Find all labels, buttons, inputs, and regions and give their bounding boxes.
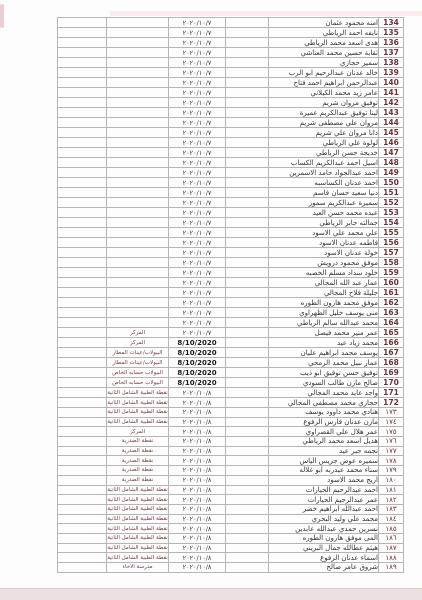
cell-empty-left <box>58 148 107 158</box>
cell-name: احمد عبدالرحيم الحيارات <box>269 485 379 495</box>
cell-name: محمد علي وليد البحري <box>269 514 379 524</box>
cell-empty-left <box>58 88 107 98</box>
cell-empty-mid <box>226 268 269 278</box>
cell-name: عمر هلال علي القصراوي <box>269 427 379 437</box>
cell-date: ٢٠٢٠/١٠/٨ <box>169 543 226 553</box>
cell-empty-left <box>58 388 107 398</box>
cell-note: نقطة الطبية الشامل الثانية <box>107 533 169 543</box>
cell-empty-mid <box>226 118 269 128</box>
cell-note <box>107 28 169 38</box>
cell-name: صالح مازن طالب السودي <box>269 378 379 388</box>
cell-empty-left <box>58 398 107 408</box>
cell-date: ٢٠٢٠/١٠/٧ <box>169 308 226 318</box>
cell-name: موفق محمود درويش <box>269 258 379 268</box>
cell-name: توفيق حسن توفيق ابو ذيب <box>269 368 379 378</box>
cell-row-number: 140 <box>379 78 404 88</box>
cell-note <box>107 98 169 108</box>
cell-row-number: 168 <box>379 358 404 368</box>
table-row: البيولاب/عينات المطار 8/10/2020 عمار نبي… <box>58 358 404 368</box>
cell-row-number: ١٧٨ <box>379 456 404 466</box>
cell-date: ٢٠٢٠/١٠/٨ <box>169 485 226 495</box>
cell-empty-left <box>58 368 107 378</box>
cell-empty-mid <box>226 18 269 28</box>
cell-date: ٢٠٢٠/١٠/٨ <box>169 446 226 456</box>
cell-date: 8/10/2020 <box>169 378 226 388</box>
cell-empty-left <box>58 278 107 288</box>
cell-note <box>107 268 169 278</box>
cell-row-number: ١٨٥ <box>379 524 404 534</box>
cell-date: ٢٠٢٠/١٠/٧ <box>169 188 226 198</box>
table-row: ٢٠٢٠/١٠/٧ دنيا سعيد حسان قاسم 151 <box>58 188 404 198</box>
cell-empty-left <box>58 475 107 485</box>
cell-row-number: 149 <box>379 168 404 178</box>
cell-date: ٢٠٢٠/١٠/٧ <box>169 168 226 178</box>
cell-note: نقطة الصدرية <box>107 437 169 447</box>
cell-empty-left <box>58 437 107 447</box>
cell-row-number: 155 <box>379 228 404 238</box>
cell-date: ٢٠٢٠/١٠/٧ <box>169 318 226 328</box>
cell-name: اسيل احمد عبدالكريم الكساب <box>269 158 379 168</box>
cell-empty-left <box>58 533 107 543</box>
cell-date: ٢٠٢٠/١٠/٧ <box>169 148 226 158</box>
cell-empty-mid <box>226 248 269 258</box>
cell-empty-mid <box>226 437 269 447</box>
cell-name: واجد عايد محمد المجالي <box>269 388 379 398</box>
cell-empty-mid <box>226 48 269 58</box>
cell-empty-left <box>58 485 107 495</box>
cell-row-number: ١٨٠ <box>379 475 404 485</box>
cell-note <box>107 38 169 48</box>
cell-name: سمير حجازي <box>269 58 379 68</box>
table-row: ٢٠٢٠/١٠/٧ موفق محمد هارون الطوره 162 <box>58 298 404 308</box>
cell-empty-left <box>58 495 107 505</box>
cell-name: خالد عدنان عبدالرحيم ابو الرب <box>269 68 379 78</box>
table-row: البيولاب حسابه الخاص 8/10/2020 توفيق حسن… <box>58 368 404 378</box>
cell-empty-mid <box>226 308 269 318</box>
cell-empty-left <box>58 218 107 228</box>
cell-row-number: 135 <box>379 28 404 38</box>
cell-empty-left <box>58 514 107 524</box>
cell-empty-mid <box>226 485 269 495</box>
cell-row-number: 153 <box>379 208 404 218</box>
cell-date: ٢٠٢٠/١٠/٧ <box>169 38 226 48</box>
table-row: نقطة الصدرية ٢٠٢٠/١٠/٨ سميره عوض جريس ال… <box>58 456 404 466</box>
cell-date: ٢٠٢٠/١٠/٧ <box>169 158 226 168</box>
cell-empty-mid <box>226 456 269 466</box>
cell-note <box>107 68 169 78</box>
cell-name: محمد عبدالله سالم الرياطي <box>269 318 379 328</box>
table-row: ٢٠٢٠/١٠/٧ توفيق مروان شريم 142 <box>58 98 404 108</box>
cell-date: ٢٠٢٠/١٠/٧ <box>169 118 226 128</box>
cell-row-number: ١٨٧ <box>379 543 404 553</box>
cell-row-number: 163 <box>379 308 404 318</box>
cell-empty-left <box>58 466 107 476</box>
cell-date: ٢٠٢٠/١٠/٧ <box>169 108 226 118</box>
cell-empty-mid <box>226 228 269 238</box>
cell-row-number: ١٧٧ <box>379 446 404 456</box>
cell-name: عمر عبدالرحيم الحيارات <box>269 495 379 505</box>
table-row: ٢٠٢٠/١٠/٧ منى يوسف خليل الظهراوي 163 <box>58 308 404 318</box>
table-row: ٢٠٢٠/١٠/٧ اسيل احمد عبدالكريم الكساب 148 <box>58 158 404 168</box>
cell-row-number: 170 <box>379 378 404 388</box>
cell-row-number: 137 <box>379 48 404 58</box>
cell-date: ٢٠٢٠/١٠/٧ <box>169 328 226 338</box>
cell-empty-left <box>58 168 107 178</box>
cell-note: نقطة الصدرية <box>107 446 169 456</box>
cell-name: عامر زيد محمد الكيلاني <box>269 88 379 98</box>
cell-date: 8/10/2020 <box>169 358 226 368</box>
cell-note <box>107 168 169 178</box>
cell-name: لينا توفيق عبدالكريم عميرة <box>269 108 379 118</box>
cell-empty-mid <box>226 408 269 418</box>
cell-name: امنه محمود عثمان <box>269 18 379 28</box>
cell-name: عبده محمد حسن العيد <box>269 208 379 218</box>
cell-empty-left <box>58 248 107 258</box>
cell-empty-left <box>58 38 107 48</box>
cell-name: محمد زياد عيد <box>269 338 379 348</box>
cell-empty-mid <box>226 378 269 388</box>
scan-pink-artifact-top <box>110 11 422 16</box>
cell-empty-left <box>58 288 107 298</box>
cell-empty-left <box>58 563 107 573</box>
cell-empty-left <box>58 178 107 188</box>
cell-note <box>107 78 169 88</box>
table-row: ٢٠٢٠/١٠/٧ عمار عبد الله المجالي 160 <box>58 278 404 288</box>
cell-date: 8/10/2020 <box>169 368 226 378</box>
cell-name: دنيا سعيد حسان قاسم <box>269 188 379 198</box>
cell-empty-left <box>58 553 107 563</box>
cell-empty-mid <box>226 288 269 298</box>
cell-row-number: 157 <box>379 248 404 258</box>
names-list-table: ٢٠٢٠/١٠/٧ امنه محمود عثمان 134 ٢٠٢٠/١٠/٧… <box>57 17 404 573</box>
cell-empty-left <box>58 524 107 534</box>
table-row: المركز ٢٠٢٠/١٠/٧ عمر منير محمد فيصل 165 <box>58 328 404 338</box>
cell-empty-left <box>58 68 107 78</box>
cell-note: نقطة الطبية الشامل الثانية <box>107 543 169 553</box>
cell-empty-left <box>58 158 107 168</box>
cell-row-number: ١٨٢ <box>379 495 404 505</box>
table-row: ٢٠٢٠/١٠/٧ عامر زيد محمد الكيلاني 141 <box>58 88 404 98</box>
cell-row-number: 172 <box>379 398 404 408</box>
cell-empty-mid <box>226 148 269 158</box>
cell-date: ٢٠٢٠/١٠/٧ <box>169 288 226 298</box>
cell-row-number: 151 <box>379 188 404 198</box>
cell-empty-mid <box>226 553 269 563</box>
cell-empty-left <box>58 128 107 138</box>
cell-note <box>107 318 169 328</box>
cell-note: البيولاب/عينات المطار <box>107 348 169 358</box>
cell-empty-mid <box>226 98 269 108</box>
cell-note <box>107 248 169 258</box>
table-row: مدرسة الاخاء ٢٠٢٠/١٠/٨ شروق عامر صالح ١٨… <box>58 563 404 573</box>
cell-empty-mid <box>226 128 269 138</box>
cell-date: ٢٠٢٠/١٠/٧ <box>169 178 226 188</box>
cell-note: المركز <box>107 328 169 338</box>
cell-date: ٢٠٢٠/١٠/٧ <box>169 228 226 238</box>
table-row: نقطة الطبية الشامل الثانية ٢٠٢٠/١٠/٨ واج… <box>58 388 404 398</box>
cell-empty-mid <box>226 504 269 514</box>
cell-empty-mid <box>226 388 269 398</box>
cell-empty-mid <box>226 533 269 543</box>
cell-name: جليلة فلاح المجالي <box>269 288 379 298</box>
cell-empty-left <box>58 228 107 238</box>
cell-row-number: 154 <box>379 218 404 228</box>
cell-row-number: ١٧٥ <box>379 427 404 437</box>
cell-date: ٢٠٢٠/١٠/٧ <box>169 198 226 208</box>
table-row: ٢٠٢٠/١٠/٧ سمير حجازي 138 <box>58 58 404 68</box>
table-row: ٢٠٢٠/١٠/٧ لولوة علي الرياطي 146 <box>58 138 404 148</box>
cell-note <box>107 128 169 138</box>
cell-row-number: 169 <box>379 368 404 378</box>
table-row: ٢٠٢٠/١٠/٧ خديجة حسن الرياطي 147 <box>58 148 404 158</box>
cell-row-number: 161 <box>379 288 404 298</box>
cell-date: ٢٠٢٠/١٠/٧ <box>169 208 226 218</box>
cell-name: ثقابة حسين محمد العتاشي <box>269 48 379 58</box>
cell-date: ٢٠٢٠/١٠/٨ <box>169 417 226 427</box>
cell-note <box>107 58 169 68</box>
table-row: ٢٠٢٠/١٠/٧ عبده محمد حسن العيد 153 <box>58 208 404 218</box>
cell-empty-left <box>58 456 107 466</box>
cell-empty-left <box>58 427 107 437</box>
cell-empty-mid <box>226 198 269 208</box>
cell-empty-mid <box>226 108 269 118</box>
cell-empty-left <box>58 138 107 148</box>
table-row: ٢٠٢٠/١٠/٧ خالد عدنان عبدالرحيم ابو الرب … <box>58 68 404 78</box>
cell-date: ٢٠٢٠/١٠/٧ <box>169 258 226 268</box>
cell-row-number: 159 <box>379 268 404 278</box>
cell-row-number: 158 <box>379 258 404 268</box>
cell-date: ٢٠٢٠/١٠/٨ <box>169 466 226 476</box>
bottom-edge-band <box>0 588 422 600</box>
cell-row-number: 147 <box>379 148 404 158</box>
cell-note: نقطة الصدرية <box>107 456 169 466</box>
cell-name: علي محمد علي الاسود <box>269 228 379 238</box>
table-row: ٢٠٢٠/١٠/٧ موفق محمود درويش 158 <box>58 258 404 268</box>
cell-name: احمد عدنان الكساسبه <box>269 178 379 188</box>
cell-note: نقطة الطبية الشامل الثانية <box>107 408 169 418</box>
cell-note: نقطة الطبية الشامل الثانية <box>107 504 169 514</box>
cell-date: ٢٠٢٠/١٠/٨ <box>169 563 226 573</box>
cell-row-number: 165 <box>379 328 404 338</box>
cell-row-number: ١٨٩ <box>379 563 404 573</box>
cell-empty-mid <box>226 258 269 268</box>
cell-note <box>107 278 169 288</box>
cell-row-number: ١٧٩ <box>379 466 404 476</box>
cell-empty-mid <box>226 475 269 485</box>
cell-empty-left <box>58 318 107 328</box>
cell-date: ٢٠٢٠/١٠/٧ <box>169 298 226 308</box>
cell-row-number: 166 <box>379 338 404 348</box>
cell-empty-mid <box>226 543 269 553</box>
cell-date: ٢٠٢٠/١٠/٨ <box>169 475 226 485</box>
cell-row-number: 144 <box>379 118 404 128</box>
table-row: ٢٠٢٠/١٠/٧ خولة عدنان الاسود 157 <box>58 248 404 258</box>
cell-row-number: 152 <box>379 198 404 208</box>
cell-empty-left <box>58 118 107 128</box>
table-row: نقطة الطبية الشامل الثانية ٢٠٢٠/١٠/٨ ماز… <box>58 417 404 427</box>
cell-note: البيولاب/عينات المطار <box>107 358 169 368</box>
cell-note <box>107 198 169 208</box>
cell-date: ٢٠٢٠/١٠/٧ <box>169 268 226 278</box>
cell-row-number: 146 <box>379 138 404 148</box>
cell-date: ٢٠٢٠/١٠/٧ <box>169 248 226 258</box>
cell-empty-mid <box>226 427 269 437</box>
cell-note <box>107 258 169 268</box>
table-row: نقطة الصدرية ٢٠٢٠/١٠/٨ سناء محمد عبدربه … <box>58 466 404 476</box>
cell-date: ٢٠٢٠/١٠/٨ <box>169 533 226 543</box>
table-row: ٢٠٢٠/١٠/٧ خلود سداد مسلم الخصبه 159 <box>58 268 404 278</box>
cell-name: موفق محمد هارون الطوره <box>269 298 379 308</box>
cell-note: نقطة الطبية الشامل الثانية <box>107 398 169 408</box>
cell-empty-mid <box>226 178 269 188</box>
table-row: ٢٠٢٠/١٠/٧ فاطمه عدنان الاسود 156 <box>58 238 404 248</box>
table-row: ٢٠٢٠/١٠/٧ محمد عبدالله سالم الرياطي 164 <box>58 318 404 328</box>
table-row: ٢٠٢٠/١٠/٧ جليلة فلاح المجالي 161 <box>58 288 404 298</box>
cell-row-number: 136 <box>379 38 404 48</box>
cell-empty-left <box>58 338 107 348</box>
document-page: ٢٠٢٠/١٠/٧ امنه محمود عثمان 134 ٢٠٢٠/١٠/٧… <box>0 0 422 600</box>
table-row: نقطة الطبية الشامل الثانية ٢٠٢٠/١٠/٨ هيث… <box>58 543 404 553</box>
cell-empty-left <box>58 378 107 388</box>
cell-date: 8/10/2020 <box>169 348 226 358</box>
cell-empty-mid <box>226 368 269 378</box>
cell-empty-mid <box>226 563 269 573</box>
cell-empty-left <box>58 108 107 118</box>
cell-empty-left <box>58 408 107 418</box>
cell-empty-left <box>58 98 107 108</box>
cell-row-number: 160 <box>379 278 404 288</box>
cell-empty-left <box>58 328 107 338</box>
cell-date: ٢٠٢٠/١٠/٧ <box>169 88 226 98</box>
cell-name: اسماء عدنان الرفوع <box>269 553 379 563</box>
cell-empty-mid <box>226 318 269 328</box>
cell-name: اريج محمد الاسود <box>269 475 379 485</box>
cell-note: نقطة الطبية الشامل الثانية <box>107 485 169 495</box>
table-row: ٢٠٢٠/١٠/٧ احمد عبدالجواد حامد الاسمرين 1… <box>58 168 404 178</box>
cell-empty-mid <box>226 338 269 348</box>
cell-name: نايفه احمد الرياطي <box>269 28 379 38</box>
cell-note <box>107 308 169 318</box>
cell-name: عبدالرحمن ابراهيم احمد فتاح <box>269 78 379 88</box>
cell-empty-mid <box>226 68 269 78</box>
cell-empty-left <box>58 268 107 278</box>
cell-note <box>107 228 169 238</box>
cell-date: ٢٠٢٠/١٠/٧ <box>169 238 226 248</box>
cell-name: دانا مروان علي شريم <box>269 128 379 138</box>
table-row: البيولاب/عينات المطار 8/10/2020 يوسف محم… <box>58 348 404 358</box>
cell-name: المى موفق هارون الطوره <box>269 533 379 543</box>
cell-date: ٢٠٢٠/١٠/٧ <box>169 58 226 68</box>
cell-date: ٢٠٢٠/١٠/٨ <box>169 504 226 514</box>
cell-row-number: ١٨١ <box>379 485 404 495</box>
cell-name: هنادي محمد داوود يوسف <box>269 408 379 418</box>
cell-empty-left <box>58 18 107 28</box>
cell-row-number: 134 <box>379 18 404 28</box>
cell-name: احمد عبدالجواد حامد الاسمرين <box>269 168 379 178</box>
cell-name: منى يوسف خليل الظهراوي <box>269 308 379 318</box>
cell-empty-mid <box>226 208 269 218</box>
cell-empty-left <box>58 298 107 308</box>
cell-empty-left <box>58 258 107 268</box>
cell-empty-left <box>58 417 107 427</box>
cell-empty-mid <box>226 328 269 338</box>
cell-empty-mid <box>226 78 269 88</box>
cell-empty-left <box>58 198 107 208</box>
cell-note: المركز <box>107 338 169 348</box>
cell-date: ٢٠٢٠/١٠/٨ <box>169 495 226 505</box>
cell-name: سناء محمد عبدربه ابو غلاله <box>269 466 379 476</box>
cell-note: نقطة الطبية الشامل الثانية <box>107 388 169 398</box>
cell-note <box>107 158 169 168</box>
cell-date: ٢٠٢٠/١٠/٨ <box>169 553 226 563</box>
cell-empty-mid <box>226 58 269 68</box>
cell-name: لولوة علي الرياطي <box>269 138 379 148</box>
cell-empty-mid <box>226 138 269 148</box>
cell-empty-mid <box>226 28 269 38</box>
table-row: نقطة الطبية الشامل الثانية ٢٠٢٠/١٠/٨ نسر… <box>58 524 404 534</box>
cell-note: نقطة الطبية الشامل الثانية <box>107 417 169 427</box>
table-row: نقطة الطبية الشامل الثانية ٢٠٢٠/١٠/٨ اسم… <box>58 553 404 563</box>
cell-empty-left <box>58 504 107 514</box>
cell-empty-left <box>58 188 107 198</box>
table-row: ٢٠٢٠/١٠/٧ احمد عدنان الكساسبه 150 <box>58 178 404 188</box>
table-row: المركز ٢٠٢٠/١٠/٨ عمر هلال علي القصراوي ١… <box>58 427 404 437</box>
cell-name: شروق عامر صالح <box>269 563 379 573</box>
table-row: ٢٠٢٠/١٠/٧ لينا توفيق عبدالكريم عميرة 143 <box>58 108 404 118</box>
cell-note: البيولاب حسابه الخاص <box>107 368 169 378</box>
table-row: نقطة الطبية الشامل الثانية ٢٠٢٠/١٠/٨ هنا… <box>58 408 404 418</box>
cell-note: البيولاب حسابه الخاص <box>107 378 169 388</box>
cell-name: عمار نبيل محمد الرمحي <box>269 358 379 368</box>
cell-name: حجازي محمد مصطفى المجالي <box>269 398 379 408</box>
cell-date: ٢٠٢٠/١٠/٧ <box>169 138 226 148</box>
cell-row-number: ١٧٤ <box>379 417 404 427</box>
table-row: نقطة الصدرية ٢٠٢٠/١٠/٨ اريج محمد الاسود … <box>58 475 404 485</box>
cell-empty-left <box>58 208 107 218</box>
cell-name: جمالته جابر الرياطي <box>269 218 379 228</box>
table-row: نقطة الصدرية ٢٠٢٠/١٠/٨ نجمه جبر عيد ١٧٧ <box>58 446 404 456</box>
cell-row-number: ١٨٣ <box>379 504 404 514</box>
cell-row-number: ١٧٦ <box>379 437 404 447</box>
cell-row-number: 143 <box>379 108 404 118</box>
cell-name: مازن عدنان فارس الرفوع <box>269 417 379 427</box>
cell-date: ٢٠٢٠/١٠/٧ <box>169 18 226 28</box>
cell-empty-mid <box>226 417 269 427</box>
cell-name: عمر منير محمد فيصل <box>269 328 379 338</box>
cell-empty-left <box>58 308 107 318</box>
cell-row-number: 167 <box>379 348 404 358</box>
cell-empty-mid <box>226 88 269 98</box>
cell-date: ٢٠٢٠/١٠/٨ <box>169 398 226 408</box>
cell-row-number: 171 <box>379 388 404 398</box>
cell-date: ٢٠٢٠/١٠/٧ <box>169 98 226 108</box>
cell-note <box>107 18 169 28</box>
table-row: نقطة الطبية الشامل الثانية ٢٠٢٠/١٠/٨ احم… <box>58 485 404 495</box>
cell-empty-mid <box>226 278 269 288</box>
table-row: نقطة الطبية الشامل الثانية ٢٠٢٠/١٠/٨ محم… <box>58 514 404 524</box>
cell-row-number: 139 <box>379 68 404 78</box>
cell-note <box>107 48 169 58</box>
cell-note: نقطة الطبية الشامل الثانية <box>107 495 169 505</box>
table-row: ٢٠٢٠/١٠/٧ امنه محمود عثمان 134 <box>58 18 404 28</box>
cell-empty-mid <box>226 298 269 308</box>
cell-empty-mid <box>226 398 269 408</box>
table-row: ٢٠٢٠/١٠/٧ ثقابة حسين محمد العتاشي 137 <box>58 48 404 58</box>
cell-note <box>107 108 169 118</box>
table-row: نقطة الطبية الشامل الثانية ٢٠٢٠/١٠/٨ احم… <box>58 504 404 514</box>
cell-empty-left <box>58 238 107 248</box>
cell-note <box>107 88 169 98</box>
